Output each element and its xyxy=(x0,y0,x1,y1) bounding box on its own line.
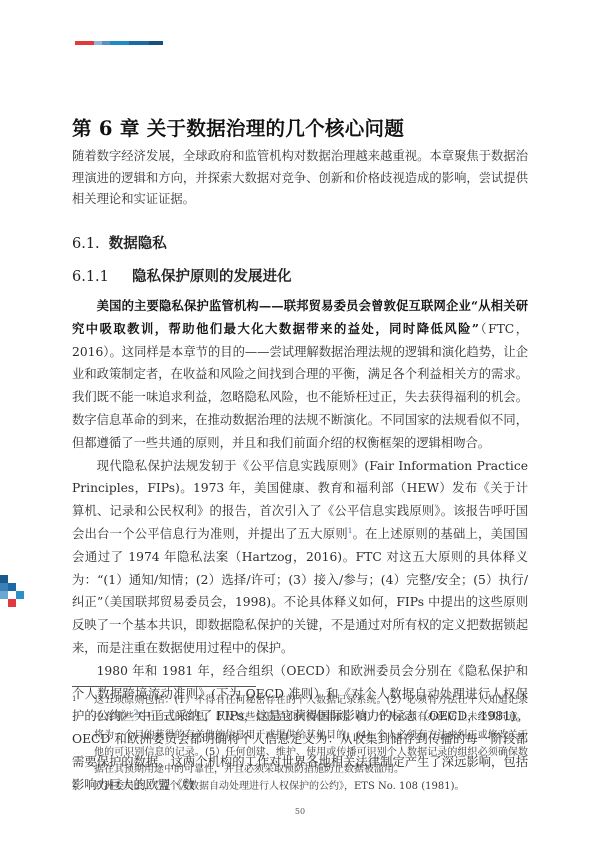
paragraph-1: 美国的主要隐私保护监管机构——联邦贸易委员会曾敦促互联网企业“从相关研究中吸取教… xyxy=(72,295,528,455)
mosaic-block xyxy=(16,591,24,599)
paragraph-1-emphasis: 美国的主要隐私保护监管机构——联邦贸易委员会曾敦促互联网企业“从相关研究中吸取教… xyxy=(72,298,528,336)
footnote-2: 2 欧洲委员会，《对个人数据自动处理进行人权保护的公约》，ETS No. 108… xyxy=(72,778,528,795)
decorative-pixel-mosaic xyxy=(0,575,30,610)
footnote-number: 1 xyxy=(72,692,94,778)
color-bar-navy xyxy=(149,41,163,45)
footnote-1: 1 这五项原则包括：(1）不得有任何秘密存在的个人数据记录系统。(2）必须有方法… xyxy=(72,692,528,778)
mosaic-block xyxy=(8,583,16,591)
section-title: 数据隐私 xyxy=(109,235,167,252)
chapter-intro: 随着数字经济发展，全球政府和监管机构对数据治理越来越重视。本章聚焦于数据治理演进… xyxy=(72,146,528,211)
subsection-heading: 6.1.1 隐私保护原则的发展进化 xyxy=(72,265,291,286)
footnote-text: 欧洲委员会，《对个人数据自动处理进行人权保护的公约》，ETS No. 108 (… xyxy=(94,778,528,795)
paragraph-2: 现代隐私保护法规发轫于《公平信息实践原则》(Fair Information P… xyxy=(72,455,528,660)
paragraph-2-text-b: 。在上述原则的基础上，美国国会通过了 1974 年隐私法案（Hartzog，20… xyxy=(72,527,528,655)
footnote-text: 这五项原则包括：(1）不得有任何秘密存在的个人数据记录系统。(2）必须有方法让个… xyxy=(94,692,528,778)
color-bar-red xyxy=(75,41,94,45)
mosaic-block xyxy=(0,591,8,599)
color-bar-blue xyxy=(129,41,149,45)
paragraph-1-text: （FTC，2016）。这同样是本章节的目的——尝试理解数据治理法规的逻辑和演化趋… xyxy=(72,322,528,450)
mosaic-block xyxy=(0,583,8,591)
subsection-title: 隐私保护原则的发展进化 xyxy=(132,268,292,285)
header-color-bar xyxy=(75,41,163,45)
subsection-number: 6.1.1 xyxy=(72,269,109,285)
chapter-title: 第 6 章 关于数据治理的几个核心问题 xyxy=(72,113,404,141)
section-number: 6.1. xyxy=(72,236,100,252)
color-bar-cyan xyxy=(110,41,129,45)
mosaic-block xyxy=(0,575,8,583)
footnote-divider xyxy=(72,686,256,687)
section-heading: 6.1. 数据隐私 xyxy=(72,232,167,253)
footnote-number: 2 xyxy=(72,778,94,795)
footnotes: 1 这五项原则包括：(1）不得有任何秘密存在的个人数据记录系统。(2）必须有方法… xyxy=(72,692,528,796)
page-number: 50 xyxy=(72,807,528,816)
mosaic-block xyxy=(8,599,16,607)
color-bar-light-blue xyxy=(94,41,102,45)
color-bar-medium-blue xyxy=(102,41,110,45)
